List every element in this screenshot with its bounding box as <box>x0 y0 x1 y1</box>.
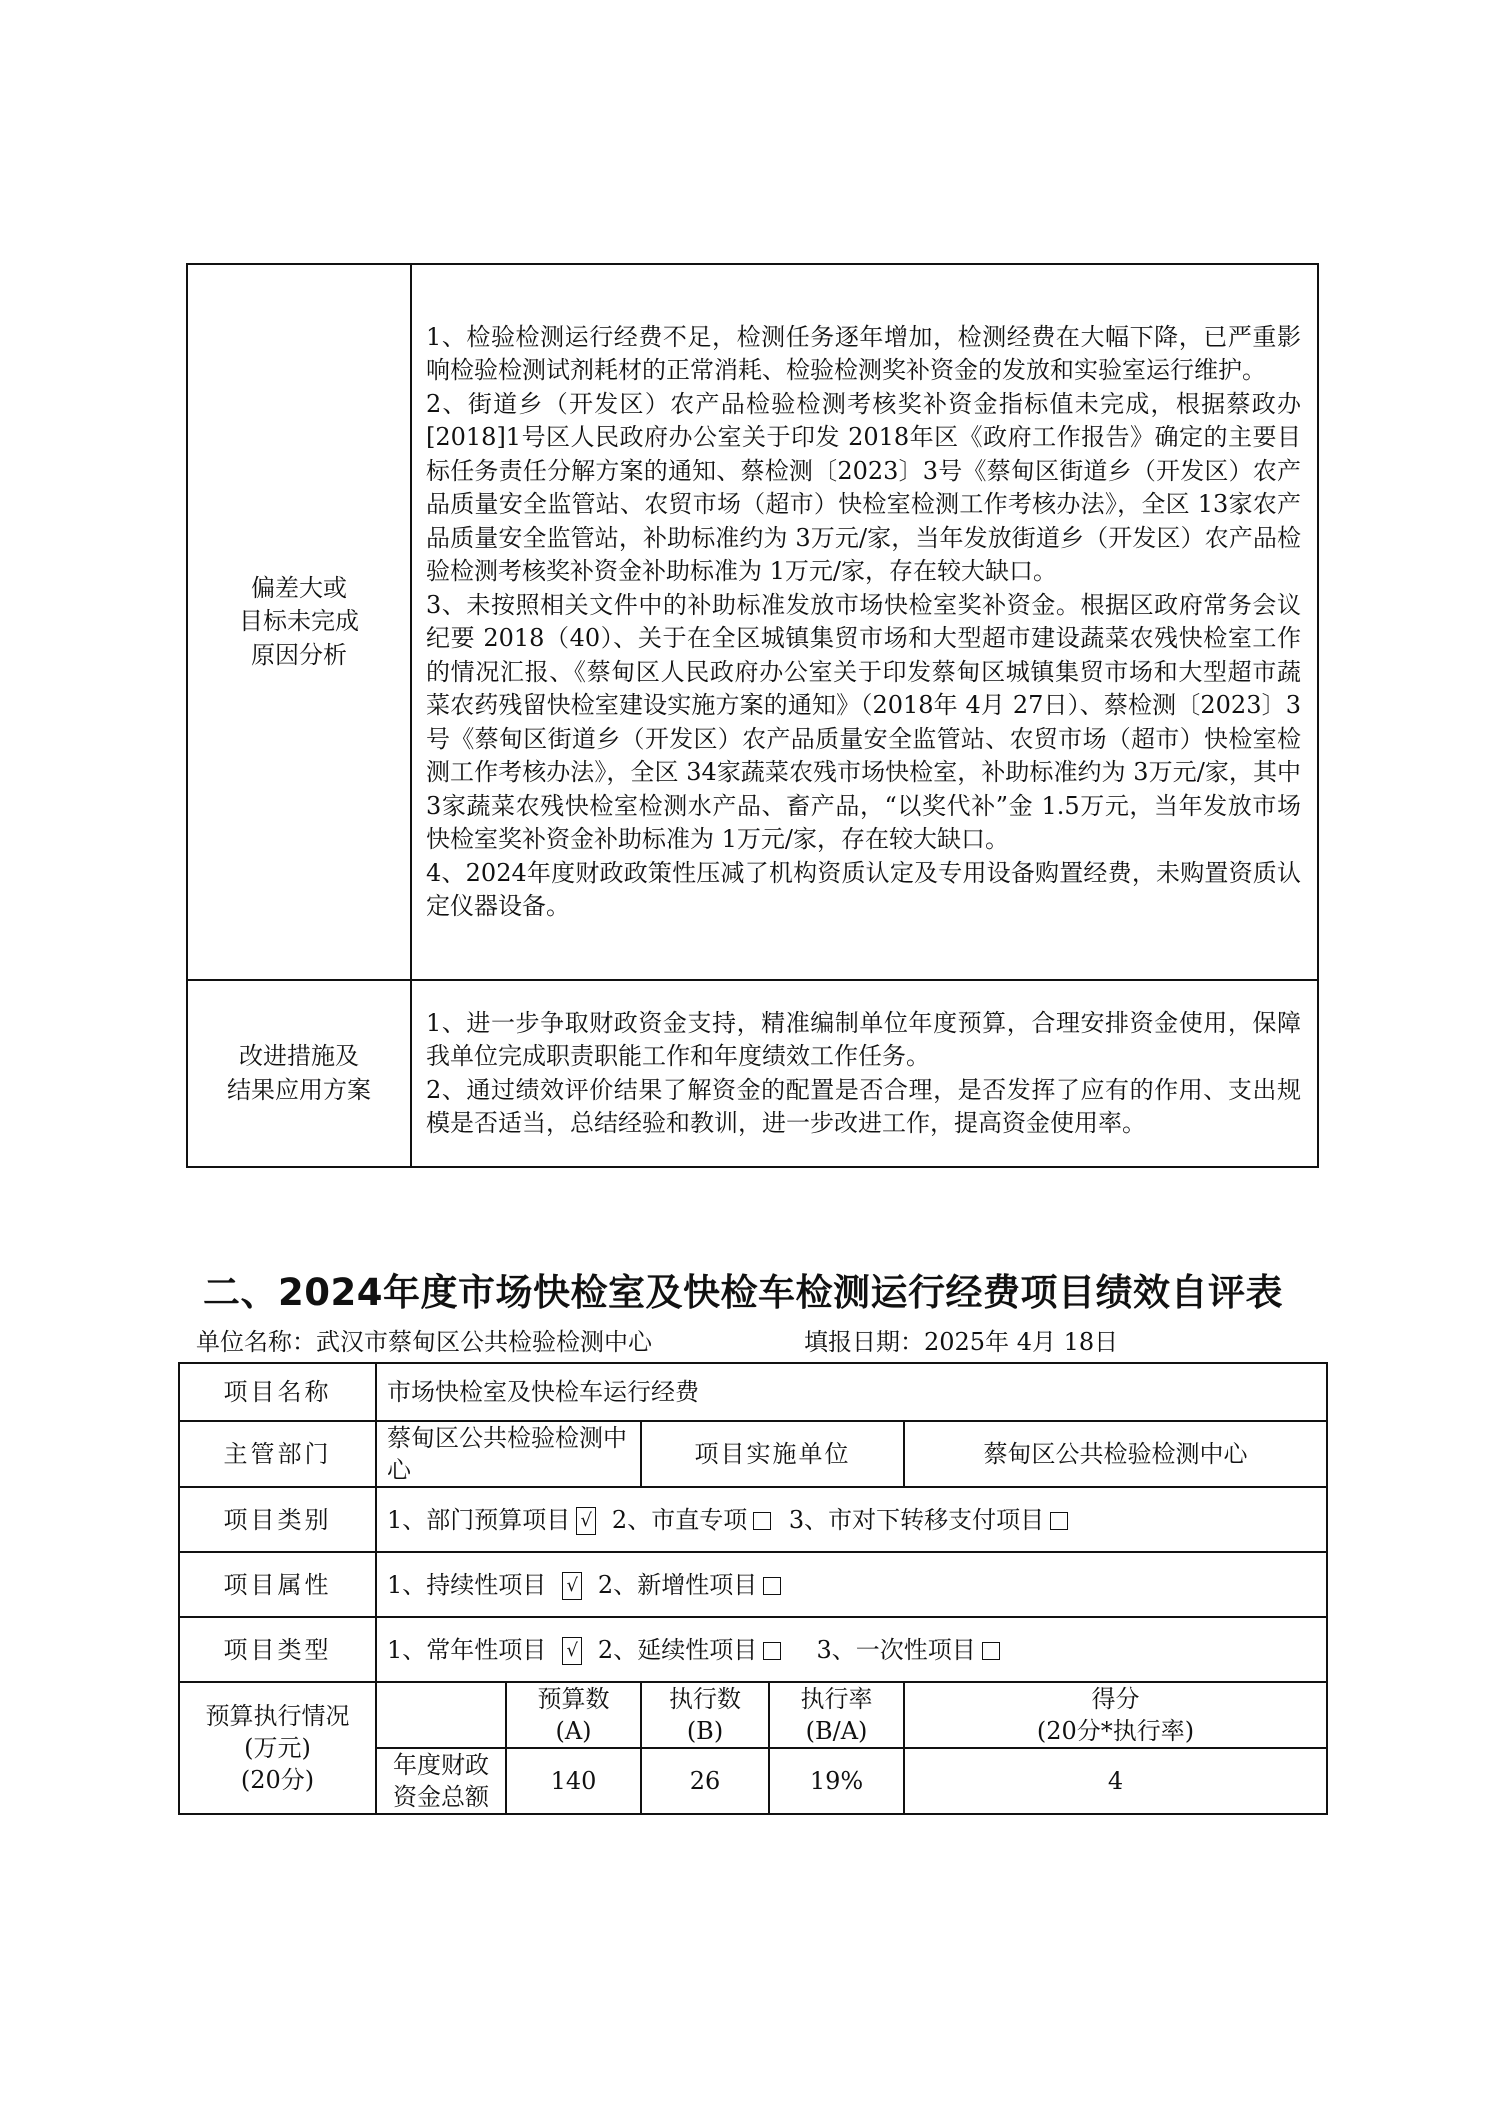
checkbox-checked[interactable]: √ <box>562 1572 582 1600</box>
option-annual: 1、常年性项目√ <box>387 1636 598 1664</box>
label-line: 原因分析 <box>196 639 402 673</box>
paragraph-2: 2、通过绩效评价结果了解资金的配置是否合理，是否发挥了应有的作用、支出规模是否适… <box>426 1074 1301 1141</box>
value-project-name: 市场快检室及快检车运行经费 <box>376 1363 1327 1421</box>
table-row-department: 主管部门 蔡甸区公共检验检测中心 项目实施单位 蔡甸区公共检验检测中心 <box>179 1421 1327 1487</box>
label-line: (20分) <box>190 1764 365 1796</box>
value-score: 4 <box>904 1748 1327 1814</box>
attribute-options: 1、持续性项目√ 2、新增性项目 <box>376 1552 1327 1617</box>
label-line: 结果应用方案 <box>196 1074 402 1108</box>
checkbox-unchecked[interactable] <box>1050 1512 1068 1530</box>
row-label-deviation-reasons: 偏差大或 目标未完成 原因分析 <box>187 264 411 980</box>
checkbox-unchecked[interactable] <box>763 1642 781 1660</box>
value-exec-b: 26 <box>641 1748 769 1814</box>
option-new: 2、新增性项目 <box>598 1571 791 1599</box>
unit-info-line: 单位名称：武汉市蔡甸区公共检验检测中心 填报日期：2025年 4月 18日 <box>196 1322 652 1357</box>
header-score: 得分 (20分*执行率) <box>904 1682 1327 1748</box>
label-line: 改进措施及 <box>196 1040 402 1074</box>
label-budget-execution: 预算执行情况 (万元) (20分) <box>179 1682 376 1814</box>
table-row-project-name: 项目名称 市场快检室及快检车运行经费 <box>179 1363 1327 1421</box>
unit-name: 单位名称：武汉市蔡甸区公共检验检测中心 <box>196 1328 652 1356</box>
label-department: 主管部门 <box>179 1421 376 1487</box>
header-line: 预算数 <box>517 1683 630 1715</box>
deviation-analysis-table: 偏差大或 目标未完成 原因分析 1、检验检测运行经费不足，检测任务逐年增加，检测… <box>186 263 1319 1168</box>
header-empty <box>376 1682 506 1748</box>
type-options: 1、常年性项目√ 2、延续性项目 3、一次性项目 <box>376 1617 1327 1682</box>
header-line: 执行数 <box>652 1683 758 1715</box>
label-line: 预算执行情况 <box>190 1700 365 1732</box>
header-line: (A) <box>517 1715 630 1747</box>
paragraph-4: 4、2024年度财政政策性压减了机构资质认定及专用设备购置经费，未购置资质认定仪… <box>426 857 1301 924</box>
header-exec-b: 执行数 (B) <box>641 1682 769 1748</box>
option-label: 2、新增性项目 <box>598 1571 757 1599</box>
option-city-special: 2、市直专项 <box>612 1506 789 1534</box>
option-label: 1、持续性项目 <box>387 1571 546 1599</box>
label-category: 项目类别 <box>179 1487 376 1552</box>
checkbox-checked[interactable]: √ <box>576 1507 596 1535</box>
checkbox-unchecked[interactable] <box>982 1642 1000 1660</box>
header-line: (20分*执行率) <box>915 1715 1316 1747</box>
header-line: 得分 <box>915 1683 1316 1715</box>
label-type: 项目类型 <box>179 1617 376 1682</box>
paragraph-3: 3、未按照相关文件中的补助标准发放市场快检室奖补资金。根据区政府常务会议纪要 2… <box>426 589 1301 857</box>
checkbox-unchecked[interactable] <box>763 1577 781 1595</box>
value-department: 蔡甸区公共检验检测中心 <box>376 1421 641 1487</box>
value-implementing-unit: 蔡甸区公共检验检测中心 <box>904 1421 1327 1487</box>
checkbox-checked[interactable]: √ <box>562 1637 582 1665</box>
value-exec-rate: 19% <box>769 1748 904 1814</box>
category-options: 1、部门预算项目√ 2、市直专项 3、市对下转移支付项目 <box>376 1487 1327 1552</box>
improvement-measures-content: 1、进一步争取财政资金支持，精准编制单位年度预算，合理安排资金使用，保障我单位完… <box>411 980 1318 1167</box>
paragraph-2: 2、街道乡（开发区）农产品检验检测考核奖补资金指标值未完成，根据蔡政办[2018… <box>426 388 1301 589</box>
option-continuing: 1、持续性项目√ <box>387 1571 598 1599</box>
document-page: 偏差大或 目标未完成 原因分析 1、检验检测运行经费不足，检测任务逐年增加，检测… <box>0 0 1486 2103</box>
row-label-annual-fiscal-total: 年度财政 资金总额 <box>376 1748 506 1814</box>
header-exec-rate: 执行率(B/A) <box>769 1682 904 1748</box>
option-one-time: 3、一次性项目 <box>816 1636 1009 1664</box>
table-row-category: 项目类别 1、部门预算项目√ 2、市直专项 3、市对下转移支付项目 <box>179 1487 1327 1552</box>
deviation-reasons-content: 1、检验检测运行经费不足，检测任务逐年增加，检测经费在大幅下降，已严重影响检验检… <box>411 264 1318 980</box>
option-label: 1、常年性项目 <box>387 1636 546 1664</box>
option-label: 3、市对下转移支付项目 <box>789 1506 1044 1534</box>
table-row-attribute: 项目属性 1、持续性项目√ 2、新增性项目 <box>179 1552 1327 1617</box>
row-label-improvement-measures: 改进措施及 结果应用方案 <box>187 980 411 1167</box>
label-implementing-unit: 项目实施单位 <box>641 1421 904 1487</box>
option-department-budget: 1、部门预算项目√ <box>387 1506 612 1534</box>
table-row-budget-header: 预算执行情况 (万元) (20分) 预算数 (A) 执行数 (B) 执行率(B/… <box>179 1682 1327 1748</box>
label-line: 目标未完成 <box>196 605 402 639</box>
option-extended: 2、延续性项目 <box>598 1636 799 1664</box>
option-transfer-payment: 3、市对下转移支付项目 <box>789 1506 1078 1534</box>
performance-self-evaluation-table: 项目名称 市场快检室及快检车运行经费 主管部门 蔡甸区公共检验检测中心 项目实施… <box>178 1362 1328 1815</box>
option-label: 2、延续性项目 <box>598 1636 757 1664</box>
label-line: 资金总额 <box>387 1781 495 1813</box>
paragraph-1: 1、检验检测运行经费不足，检测任务逐年增加，检测经费在大幅下降，已严重影响检验检… <box>426 321 1301 388</box>
label-line: 偏差大或 <box>196 572 402 606</box>
option-label: 1、部门预算项目 <box>387 1506 570 1534</box>
option-label: 3、一次性项目 <box>816 1636 975 1664</box>
label-project-name: 项目名称 <box>179 1363 376 1421</box>
section-title: 二、2024年度市场快检室及快检车检测运行经费项目绩效自评表 <box>0 1262 1486 1316</box>
label-line: (万元) <box>190 1732 365 1764</box>
table-row-improvement-measures: 改进措施及 结果应用方案 1、进一步争取财政资金支持，精准编制单位年度预算，合理… <box>187 980 1318 1167</box>
paragraph-1: 1、进一步争取财政资金支持，精准编制单位年度预算，合理安排资金使用，保障我单位完… <box>426 1007 1301 1074</box>
value-budget-a: 140 <box>506 1748 641 1814</box>
table-row-type: 项目类型 1、常年性项目√ 2、延续性项目 3、一次性项目 <box>179 1617 1327 1682</box>
checkbox-unchecked[interactable] <box>753 1512 771 1530</box>
label-attribute: 项目属性 <box>179 1552 376 1617</box>
header-line: (B) <box>652 1715 758 1747</box>
label-line: 年度财政 <box>387 1749 495 1781</box>
table-row-deviation-reasons: 偏差大或 目标未完成 原因分析 1、检验检测运行经费不足，检测任务逐年增加，检测… <box>187 264 1318 980</box>
header-budget-a: 预算数 (A) <box>506 1682 641 1748</box>
option-label: 2、市直专项 <box>612 1506 747 1534</box>
report-date: 填报日期：2025年 4月 18日 <box>804 1322 1118 1357</box>
